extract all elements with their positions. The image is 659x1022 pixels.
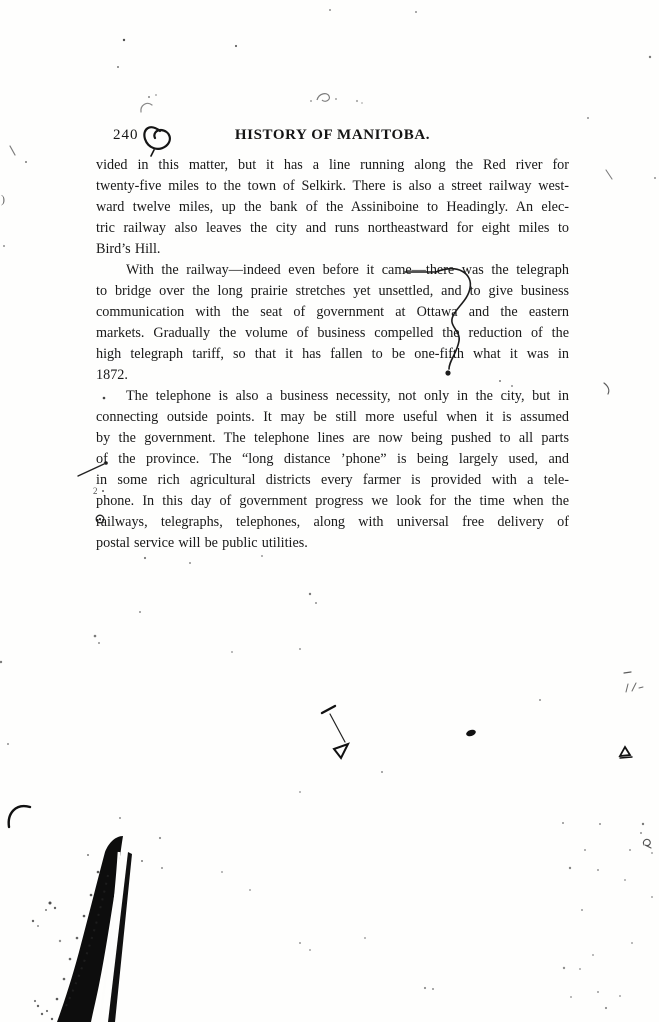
text-line: connecting outside points. It may be sti… bbox=[96, 407, 569, 428]
left-paren-mark: ) bbox=[1, 192, 5, 206]
text-line: in some rich agricultural districts ever… bbox=[96, 470, 569, 491]
dash-and-triangle-mark bbox=[322, 706, 348, 758]
text-line: railways, telegraphs, telephones, along … bbox=[96, 512, 569, 533]
text-line: of the province. The “long distance ’pho… bbox=[96, 449, 569, 470]
running-title: HISTORY OF MANITOBA. bbox=[96, 127, 569, 143]
black-wedge bbox=[57, 836, 132, 1022]
text-line: With the railway—indeed even before it c… bbox=[96, 260, 569, 281]
ink-blob bbox=[465, 729, 476, 738]
paragraph: vided in this matter, but it has a line … bbox=[96, 155, 569, 260]
ink-doodle bbox=[141, 94, 170, 156]
text-line: phone. In this day of government progres… bbox=[96, 491, 569, 512]
gray-squiggle-top bbox=[310, 94, 363, 104]
text-line: twenty-five miles to the town of Selkirk… bbox=[96, 176, 569, 197]
arc-mark bbox=[9, 806, 30, 827]
text-line: high telegraph tariff, so that it has fa… bbox=[96, 344, 569, 365]
text-line: communication with the seat of governmen… bbox=[96, 302, 569, 323]
text-line: by the government. The telephone lines a… bbox=[96, 428, 569, 449]
text-line: Bird’s Hill. bbox=[96, 239, 569, 260]
paragraph: With the railway—indeed even before it c… bbox=[96, 260, 569, 386]
text-line: postal service will be public utilities. bbox=[96, 533, 569, 554]
text-line: The telephone is also a business necessi… bbox=[96, 386, 569, 407]
left-margin-marks bbox=[10, 146, 108, 523]
body-text: vided in this matter, but it has a line … bbox=[96, 155, 569, 554]
right-margin-marks bbox=[604, 170, 651, 848]
paragraph: The telephone is also a business necessi… bbox=[96, 386, 569, 554]
text-line: to bridge over the long prairie stretche… bbox=[96, 281, 569, 302]
text-line: vided in this matter, but it has a line … bbox=[96, 155, 569, 176]
text-line: markets. Gradually the volume of busines… bbox=[96, 323, 569, 344]
book-page: ) 2 bbox=[0, 0, 659, 1022]
text-line: ward twelve miles, up the bank of the As… bbox=[96, 197, 569, 218]
text-line: 1872. bbox=[96, 365, 569, 386]
text-line: tric railway also leaves the city and ru… bbox=[96, 218, 569, 239]
